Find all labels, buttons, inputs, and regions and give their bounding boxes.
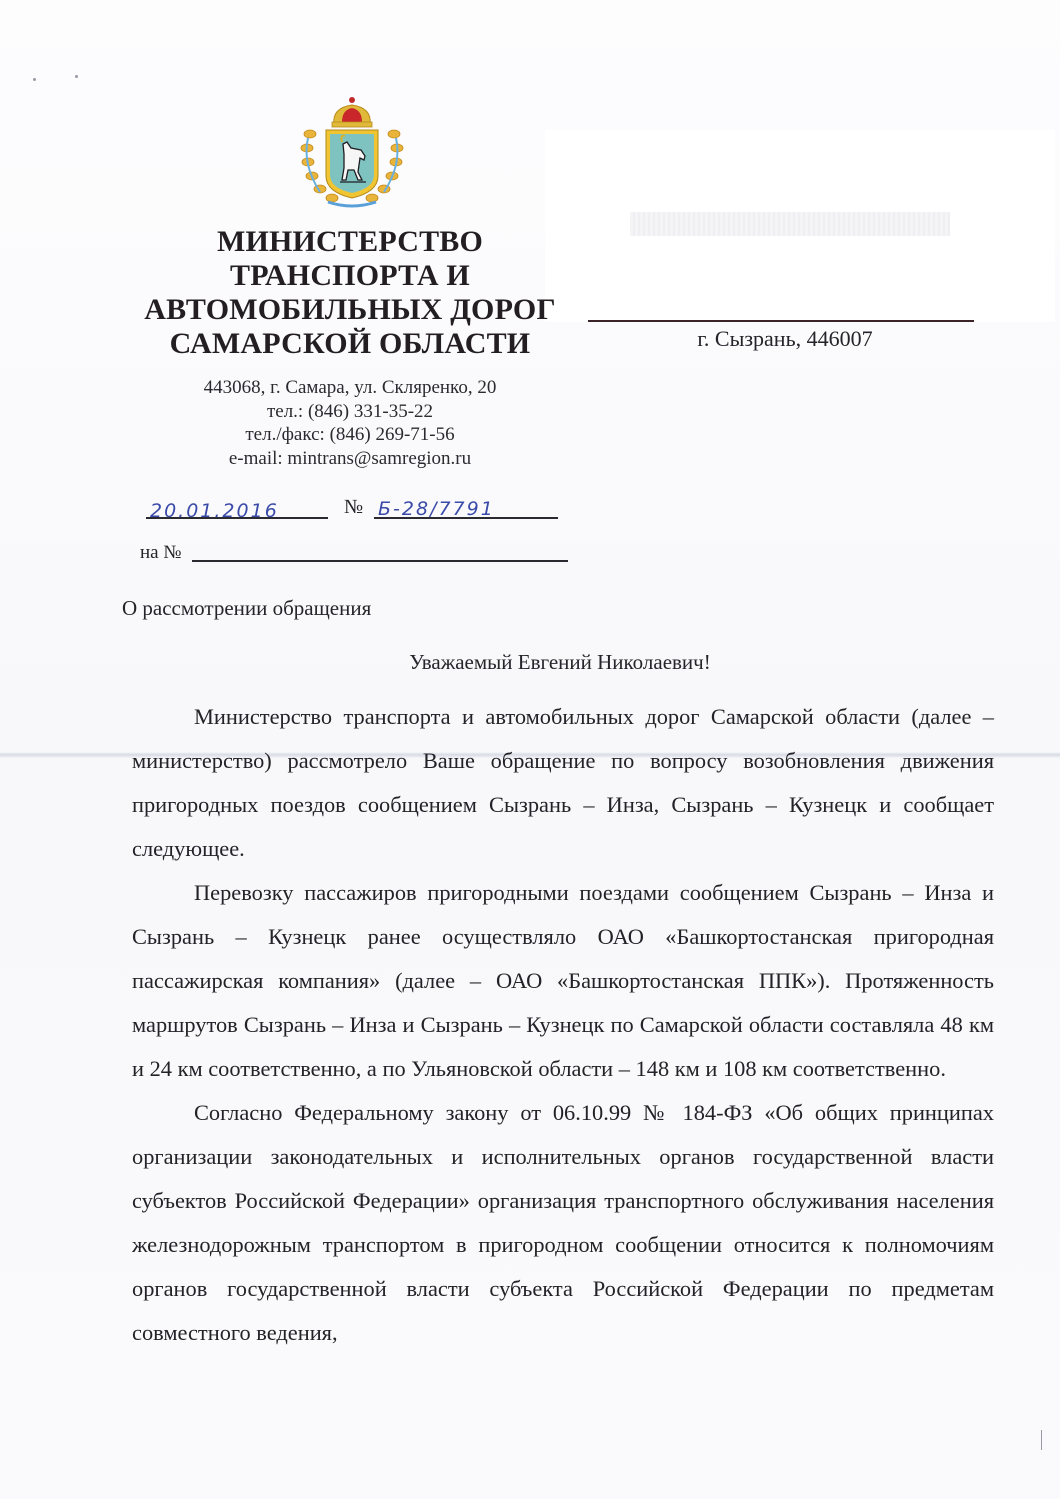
letter-subject: О рассмотрении обращения — [122, 596, 371, 621]
scan-speck — [1041, 1430, 1042, 1450]
number-underline — [374, 517, 558, 519]
scan-speck — [75, 75, 78, 78]
org-name-line: АВТОМОБИЛЬНЫХ ДОРОГ — [140, 293, 560, 327]
coat-of-arms-icon — [298, 94, 406, 212]
body-paragraph: Согласно Федеральному закону от 06.10.99… — [132, 1091, 994, 1355]
org-name-line: ТРАНСПОРТА И — [140, 259, 560, 293]
organization-contacts: 443068, г. Самара, ул. Скляренко, 20 тел… — [140, 376, 560, 470]
registration-number-label: № — [344, 496, 363, 519]
body-paragraph: Перевозку пассажиров пригородными поезда… — [132, 871, 994, 1091]
org-email: e-mail: mintrans@samregion.ru — [140, 447, 560, 471]
org-name-line: САМАРСКОЙ ОБЛАСТИ — [140, 327, 560, 361]
registration-date: 20.01.2016 — [150, 500, 279, 522]
org-name-line: МИНИСТЕРСТВО — [140, 225, 560, 259]
recipient-underline — [588, 320, 974, 322]
document-page: МИНИСТЕРСТВО ТРАНСПОРТА И АВТОМОБИЛЬНЫХ … — [0, 0, 1060, 1499]
letter-body: Министерство транспорта и автомобильных … — [132, 695, 994, 1355]
org-address: 443068, г. Самара, ул. Скляренко, 20 — [140, 376, 560, 400]
organization-name: МИНИСТЕРСТВО ТРАНСПОРТА И АВТОМОБИЛЬНЫХ … — [140, 225, 560, 361]
letter-salutation: Уважаемый Евгений Николаевич! — [120, 650, 1000, 675]
redacted-recipient-name — [630, 212, 950, 236]
recipient-city: г. Сызрань, 446007 — [560, 326, 1010, 352]
reply-to-label: на № — [140, 542, 181, 564]
scan-speck — [33, 78, 36, 81]
body-paragraph: Министерство транспорта и автомобильных … — [132, 695, 994, 871]
date-underline — [146, 517, 328, 519]
reply-to-underline — [192, 560, 568, 562]
org-phone-fax: тел./факс: (846) 269-71-56 — [140, 423, 560, 447]
org-phone: тел.: (846) 331-35-22 — [140, 400, 560, 424]
